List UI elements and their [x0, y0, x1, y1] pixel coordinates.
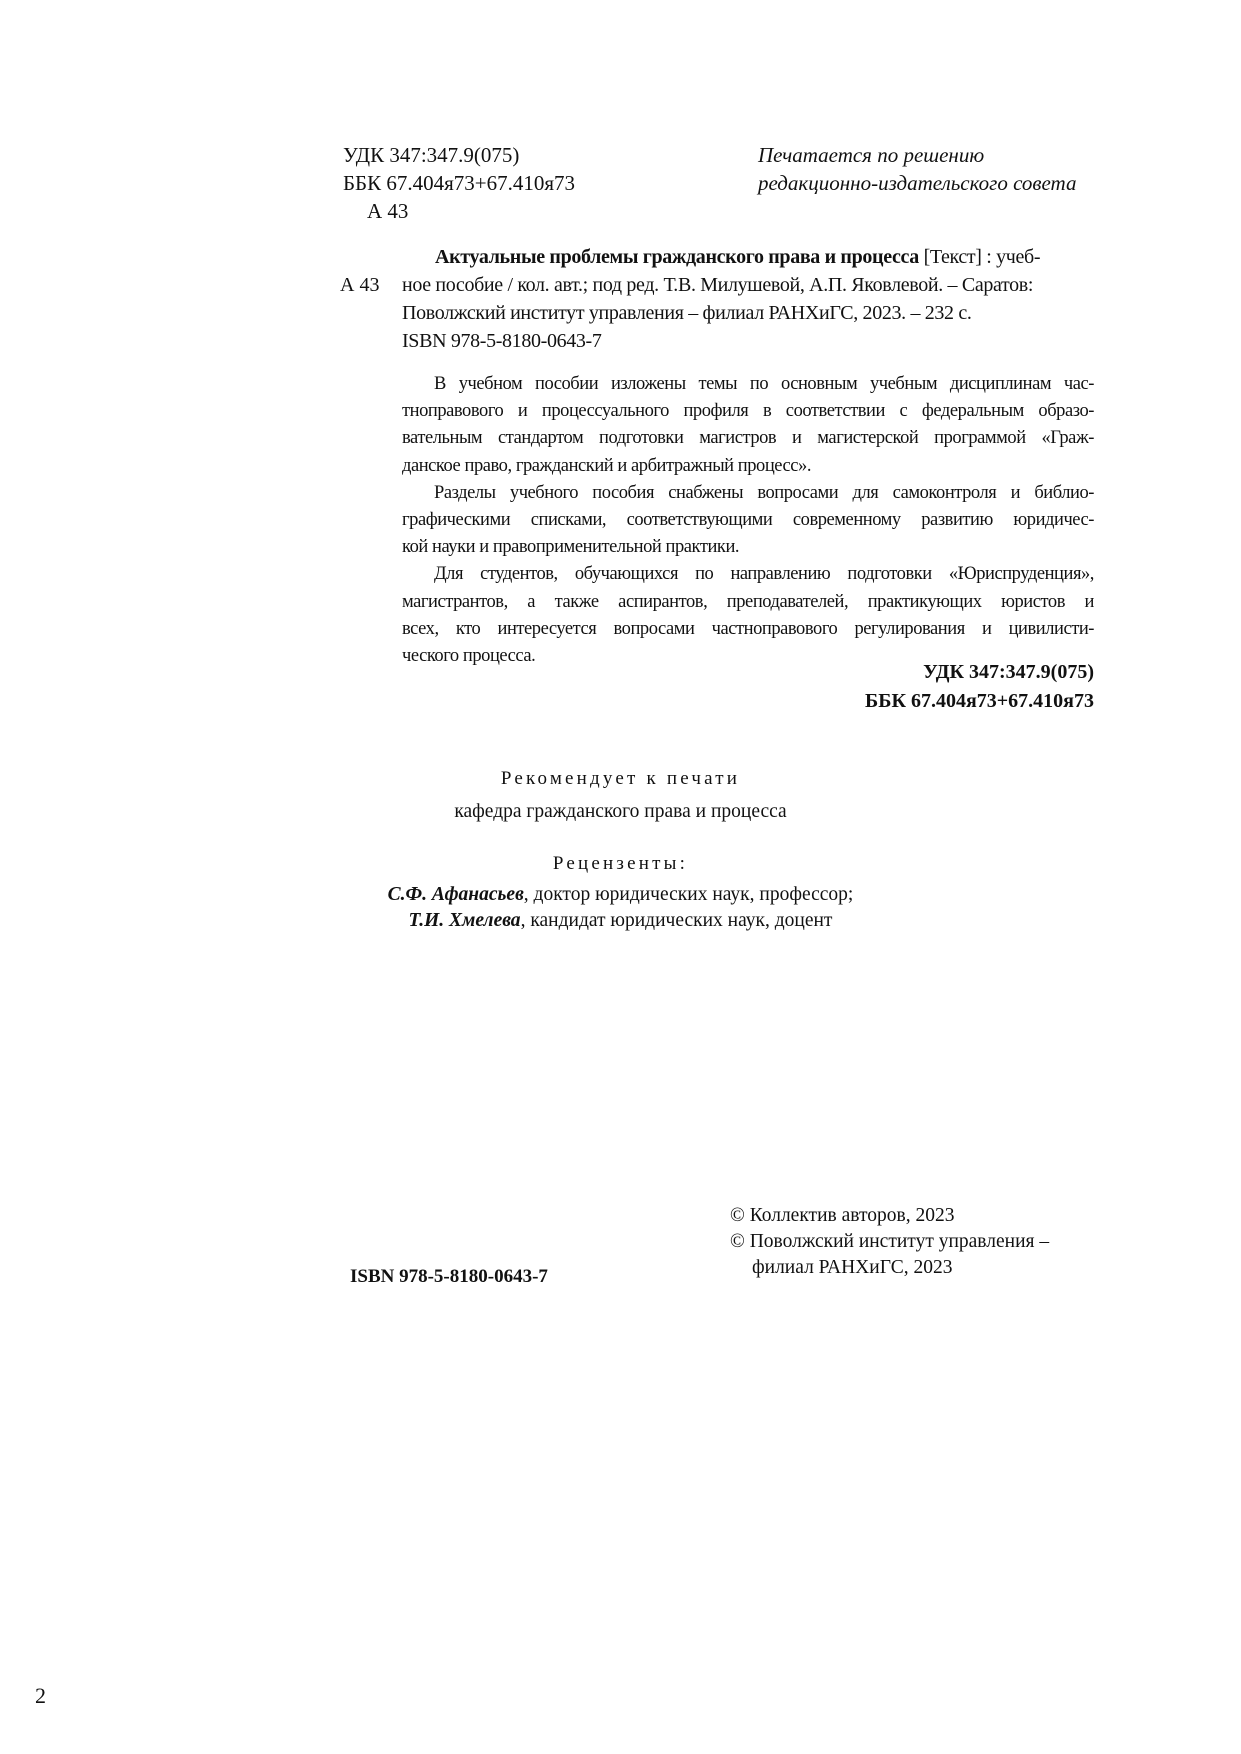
abstract-line: Разделы учебного пособия снабжены вопрос…: [402, 480, 1094, 507]
abstract-line: данское право, гражданский и арбитражный…: [402, 453, 1094, 480]
abstract-line: магистрантов, а также аспирантов, препод…: [402, 589, 1094, 616]
biblio-line: Актуальные проблемы гражданского права и…: [402, 243, 1094, 271]
abstract-line: В учебном пособии изложены темы по основ…: [402, 371, 1094, 398]
reviewer: С.Ф. Афанасьев, доктор юридических наук,…: [0, 882, 1241, 908]
reviewer: Т.И. Хмелева, кандидат юридических наук,…: [0, 908, 1241, 934]
reviewer-desc: , доктор юридических наук, профессор;: [524, 884, 854, 905]
publisher-note: Печатается по решению редакционно-издате…: [758, 141, 1076, 197]
copyright-line: филиал РАНХиГС, 2023: [730, 1255, 1049, 1281]
abstract-line: тноправового и процессуального профиля в…: [402, 398, 1094, 425]
biblio-line-rest: [Текст] : учеб-: [919, 246, 1040, 268]
recommendation-body: кафедра гражданского права и процесса: [0, 799, 1241, 825]
reviewers-title: Рецензенты:: [0, 851, 1241, 877]
udk-code: УДК 347:347.9(075): [343, 141, 575, 169]
biblio-author-code: А 43: [340, 271, 379, 299]
page-number: 2: [35, 1683, 46, 1709]
copyright-line: © Коллектив авторов, 2023: [730, 1203, 1049, 1229]
publisher-note-line: редакционно-издательского совета: [758, 169, 1076, 197]
book-title: Актуальные проблемы гражданского права и…: [435, 246, 919, 268]
isbn: ISBN 978-5-8180-0643-7: [350, 1264, 548, 1290]
copyright-line: © Поволжский институт управления –: [730, 1229, 1049, 1255]
abstract-line: графическими списками, соответствующими …: [402, 507, 1094, 534]
biblio-isbn: ISBN 978-5-8180-0643-7: [402, 327, 1094, 355]
author-code: А 43: [343, 197, 575, 225]
abstract-line: вательным стандартом подготовки магистро…: [402, 425, 1094, 452]
bbk-code: ББК 67.404я73+67.410я73: [343, 169, 575, 197]
classification-bold: УДК 347:347.9(075) ББК 67.404я73+67.410я…: [865, 658, 1094, 716]
copyright-block: © Коллектив авторов, 2023 © Поволжский и…: [730, 1203, 1049, 1281]
udk-bbk-block: УДК 347:347.9(075) ББК 67.404я73+67.410я…: [343, 141, 575, 225]
publisher-note-line: Печатается по решению: [758, 141, 1076, 169]
abstract: В учебном пособии изложены темы по основ…: [402, 371, 1094, 670]
bbk-code-bold: ББК 67.404я73+67.410я73: [865, 687, 1094, 716]
reviewer-name: Т.И. Хмелева: [409, 910, 521, 931]
abstract-line: всех, кто интересуется вопросами частноп…: [402, 616, 1094, 643]
abstract-line: Для студентов, обучающихся по направлени…: [402, 561, 1094, 588]
bibliographic-record: Актуальные проблемы гражданского права и…: [402, 243, 1094, 355]
abstract-line: кой науки и правоприменительной практики…: [402, 534, 1094, 561]
biblio-line: Поволжский институт управления – филиал …: [402, 299, 1094, 327]
biblio-line: ное пособие / кол. авт.; под ред. Т.В. М…: [402, 271, 1094, 299]
reviewer-desc: , кандидат юридических наук, доцент: [521, 910, 833, 931]
udk-code-bold: УДК 347:347.9(075): [865, 658, 1094, 687]
recommendation-title: Рекомендует к печати: [0, 766, 1241, 792]
reviewer-name: С.Ф. Афанасьев: [388, 884, 524, 905]
